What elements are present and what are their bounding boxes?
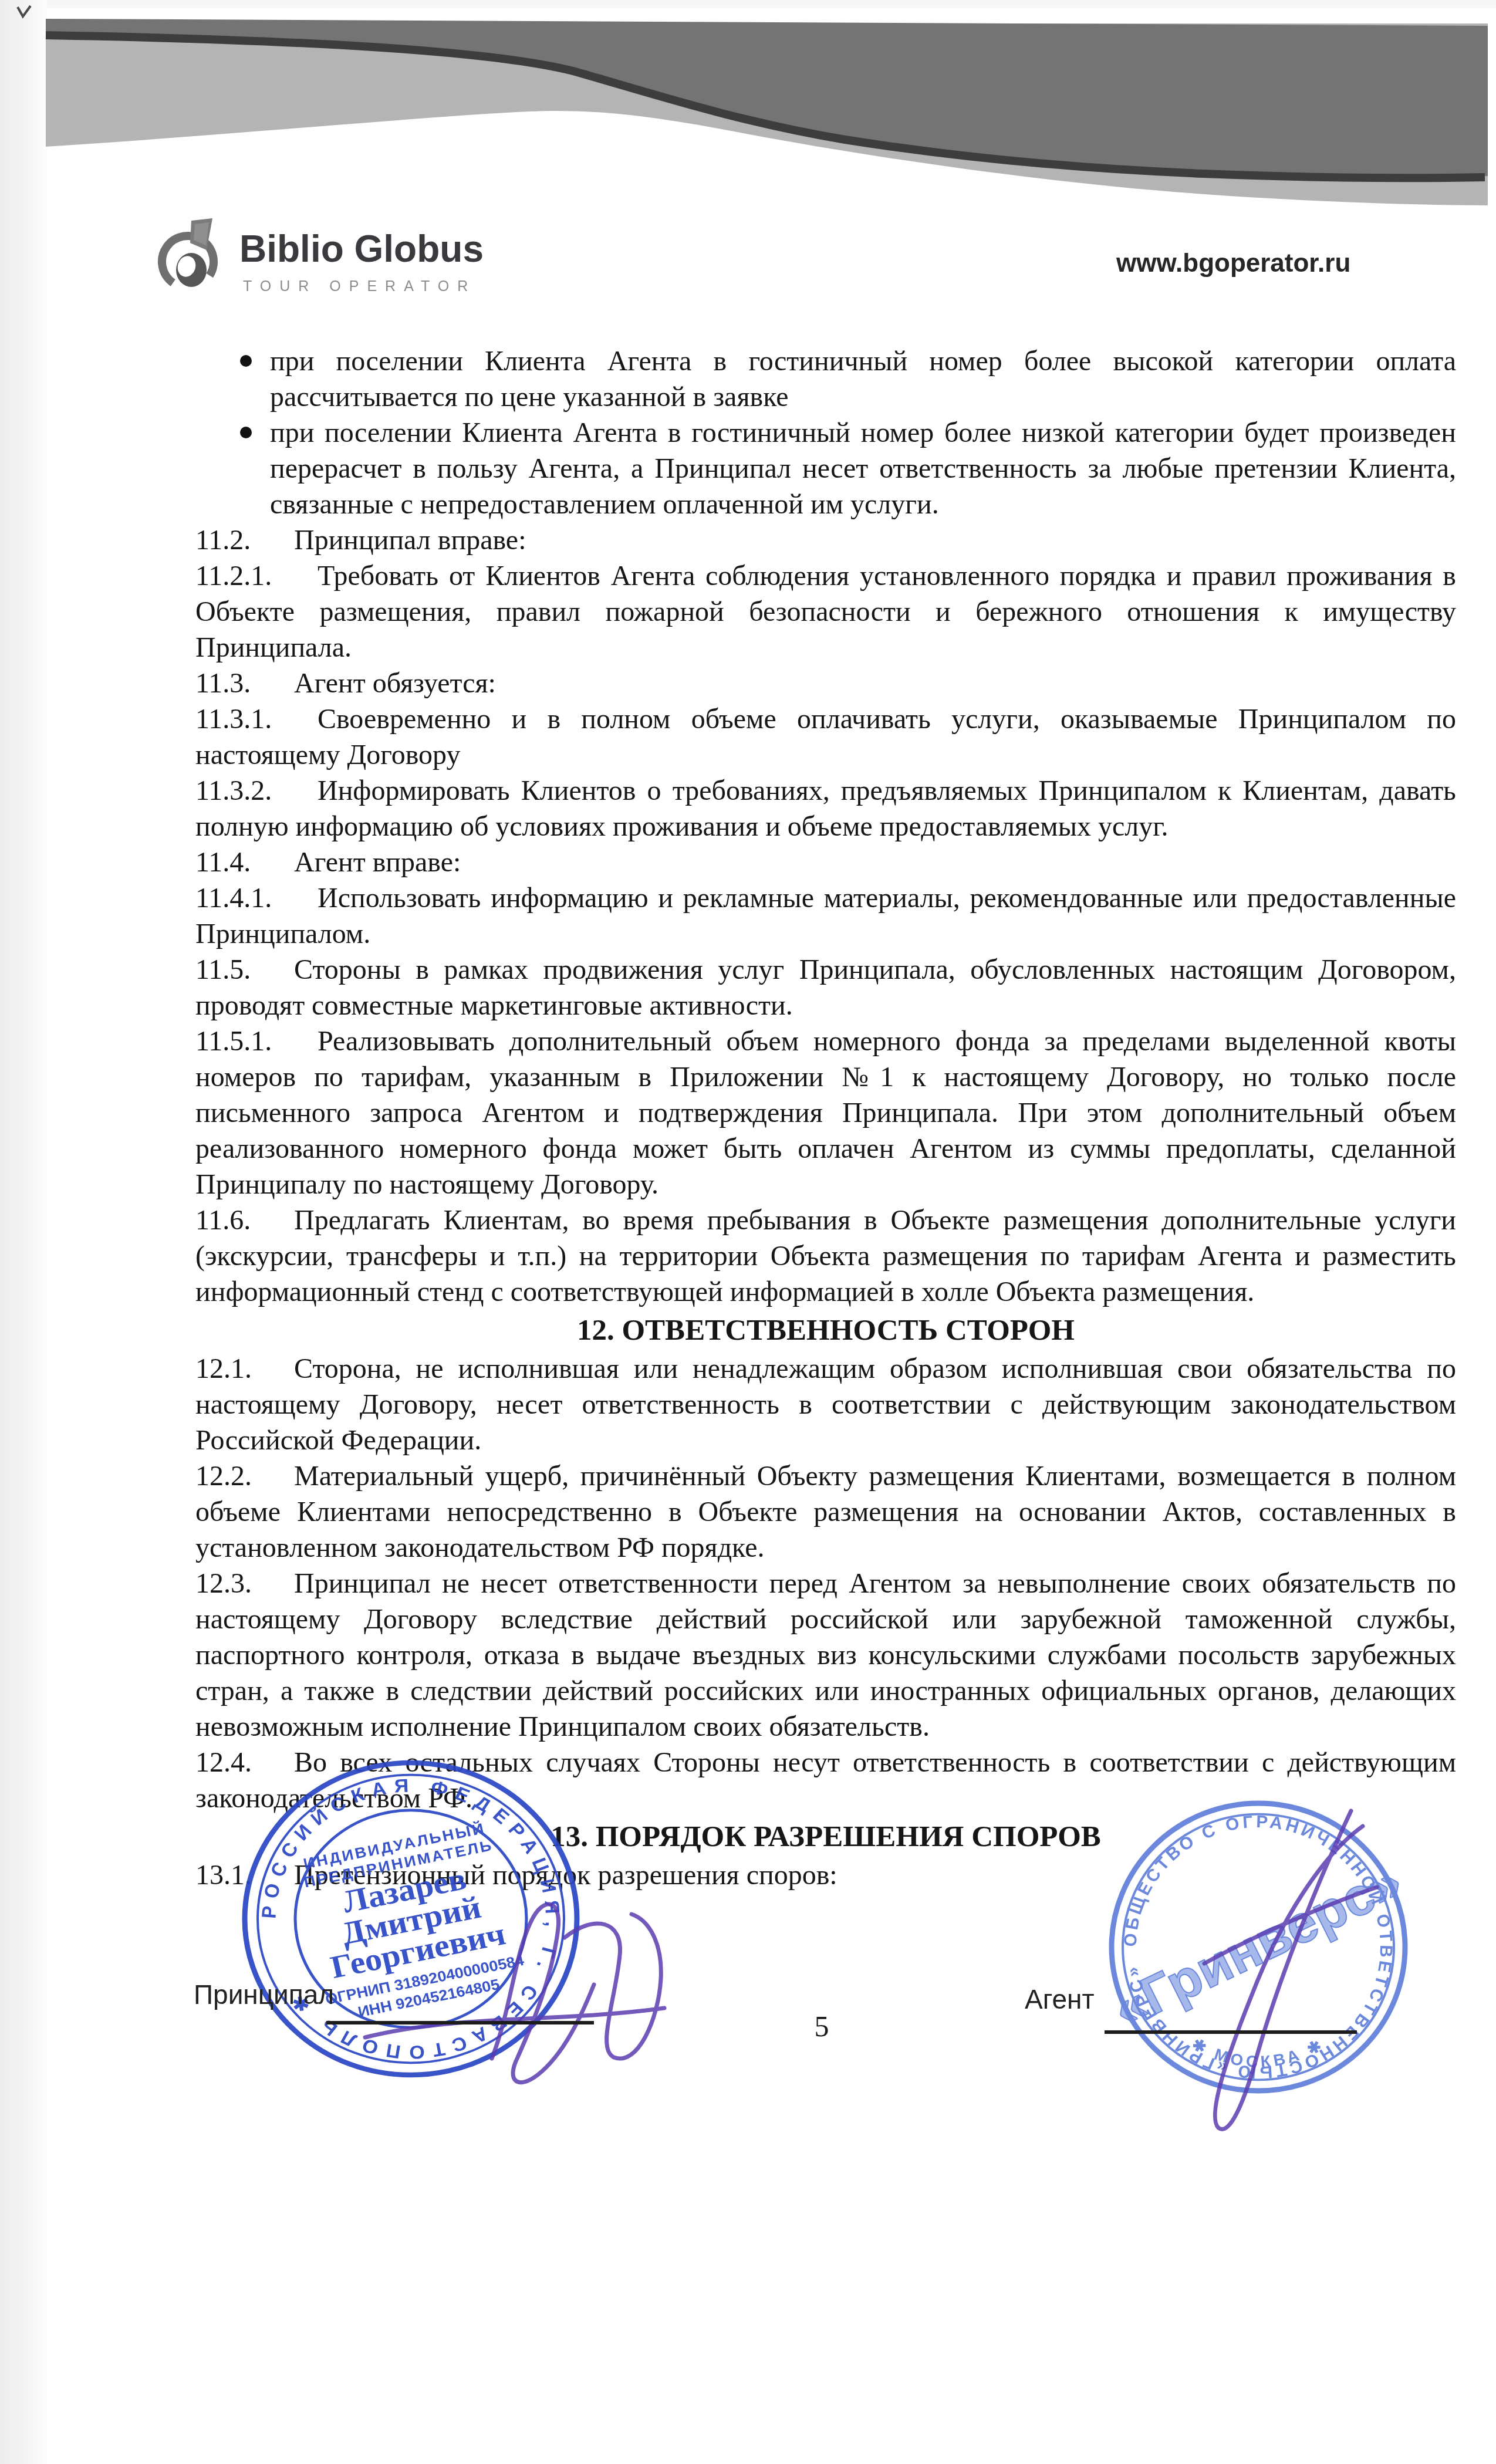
clause-number: 12.3. — [195, 1566, 294, 1601]
clause-text: Требовать от Клиентов Агента соблюдения … — [195, 560, 1456, 663]
agent-round-stamp: ОБЩЕСТВО С ОГРАНИЧЕННОЙ ОТВЕТСТВЕННОСТЬЮ… — [1099, 1783, 1427, 2117]
clause-number: 12.2. — [195, 1458, 294, 1494]
biblio-globus-logo-icon — [157, 218, 229, 297]
clause-number: 11.2. — [195, 522, 294, 558]
scanned-contract-page: Biblio Globus TOUR OPERATOR www.bgoperat… — [0, 0, 1496, 2464]
clause-11-2-1: 11.2.1.Требовать от Клиентов Агента собл… — [195, 558, 1456, 665]
clause-number: 11.6. — [195, 1202, 294, 1238]
scan-edge-left — [0, 0, 47, 2464]
clause-number: 11.4.1. — [195, 880, 318, 916]
bullet-icon — [240, 427, 252, 438]
contract-body: при поселении Клиента Агента в гостиничн… — [195, 343, 1456, 1893]
clause-text: Принципал вправе: — [294, 525, 526, 556]
page-number: 5 — [781, 2009, 863, 2043]
principal-label: Принципал — [194, 1979, 334, 2010]
section-12-heading: 12. ОТВЕТСТВЕННОСТЬ СТОРОН — [195, 1310, 1456, 1351]
clause-text: Материальный ущерб, причинённый Объекту … — [195, 1461, 1456, 1563]
clause-text: Агент вправе: — [294, 847, 461, 878]
clause-number: 11.5.1. — [195, 1023, 318, 1059]
clause-text: Использовать информацию и рекламные мате… — [195, 883, 1456, 949]
clause-12-1: 12.1.Сторона, не исполнившая или ненадле… — [195, 1351, 1456, 1458]
clause-11-4: 11.4.Агент вправе: — [195, 844, 1456, 880]
bullet-text: при поселении Клиента Агента в гостиничн… — [270, 346, 1456, 413]
clause-12-3: 12.3.Принципал не несет ответственности … — [195, 1566, 1456, 1745]
clause-11-4-1: 11.4.1.Использовать информацию и рекламн… — [195, 880, 1456, 952]
clause-text: Своевременно и в полном объеме оплачиват… — [195, 704, 1456, 770]
agent-signature-line — [1105, 2030, 1357, 2034]
clause-11-2: 11.2.Принципал вправе: — [195, 522, 1456, 558]
clause-number: 11.3. — [195, 665, 294, 701]
clause-11-3-1: 11.3.1.Своевременно и в полном объеме оп… — [195, 701, 1456, 773]
clause-text: Реализовывать дополнительный объем номер… — [195, 1026, 1456, 1200]
clause-number: 12.1. — [195, 1351, 294, 1387]
clause-11-6: 11.6.Предлагать Клиентам, во время пребы… — [195, 1202, 1456, 1310]
clause-text: Агент обязуется: — [294, 668, 496, 699]
clause-text: Стороны в рамках продвижения услуг Принц… — [195, 954, 1456, 1021]
bullet-icon — [240, 355, 252, 367]
clause-text: Принципал не несет ответственности перед… — [195, 1568, 1456, 1742]
brand-name: Biblio Globus — [239, 230, 484, 268]
clause-text: Предлагать Клиентам, во время пребывания… — [195, 1205, 1456, 1307]
clause-number: 11.4. — [195, 844, 294, 880]
clause-number: 11.5. — [195, 952, 294, 988]
clause-text: Информировать Клиентов о требованиях, пр… — [195, 775, 1456, 842]
brand-tagline: TOUR OPERATOR — [243, 278, 476, 295]
clause-11-5-1: 11.5.1.Реализовывать дополнительный объе… — [195, 1023, 1456, 1202]
clause-number: 11.3.1. — [195, 701, 318, 737]
clause-12-2: 12.2.Материальный ущерб, причинённый Объ… — [195, 1458, 1456, 1566]
bullet-item: при поселении Клиента Агента в гостиничн… — [195, 343, 1456, 415]
principal-round-stamp: РОССИЙСКАЯ ФЕДЕРАЦИЯ, Г. СЕВАСТОПОЛЬ ✱ И… — [235, 1758, 587, 2084]
clause-number: 11.2.1. — [195, 558, 318, 594]
bullet-text: при поселении Клиента Агента в гостиничн… — [270, 417, 1456, 520]
website-url: www.bgoperator.ru — [1116, 249, 1350, 278]
bullet-item: при поселении Клиента Агента в гостиничн… — [195, 415, 1456, 522]
scan-artifact-mark — [16, 5, 34, 20]
clause-11-3: 11.3.Агент обязуется: — [195, 665, 1456, 701]
clause-number: 11.3.2. — [195, 773, 318, 809]
principal-signature-line — [326, 2021, 594, 2024]
clause-text: Сторона, не исполнившая или ненадлежащим… — [195, 1353, 1456, 1456]
clause-11-5: 11.5.Стороны в рамках продвижения услуг … — [195, 952, 1456, 1023]
clause-11-3-2: 11.3.2.Информировать Клиентов о требован… — [195, 773, 1456, 844]
agent-label: Агент — [1025, 1983, 1095, 2015]
